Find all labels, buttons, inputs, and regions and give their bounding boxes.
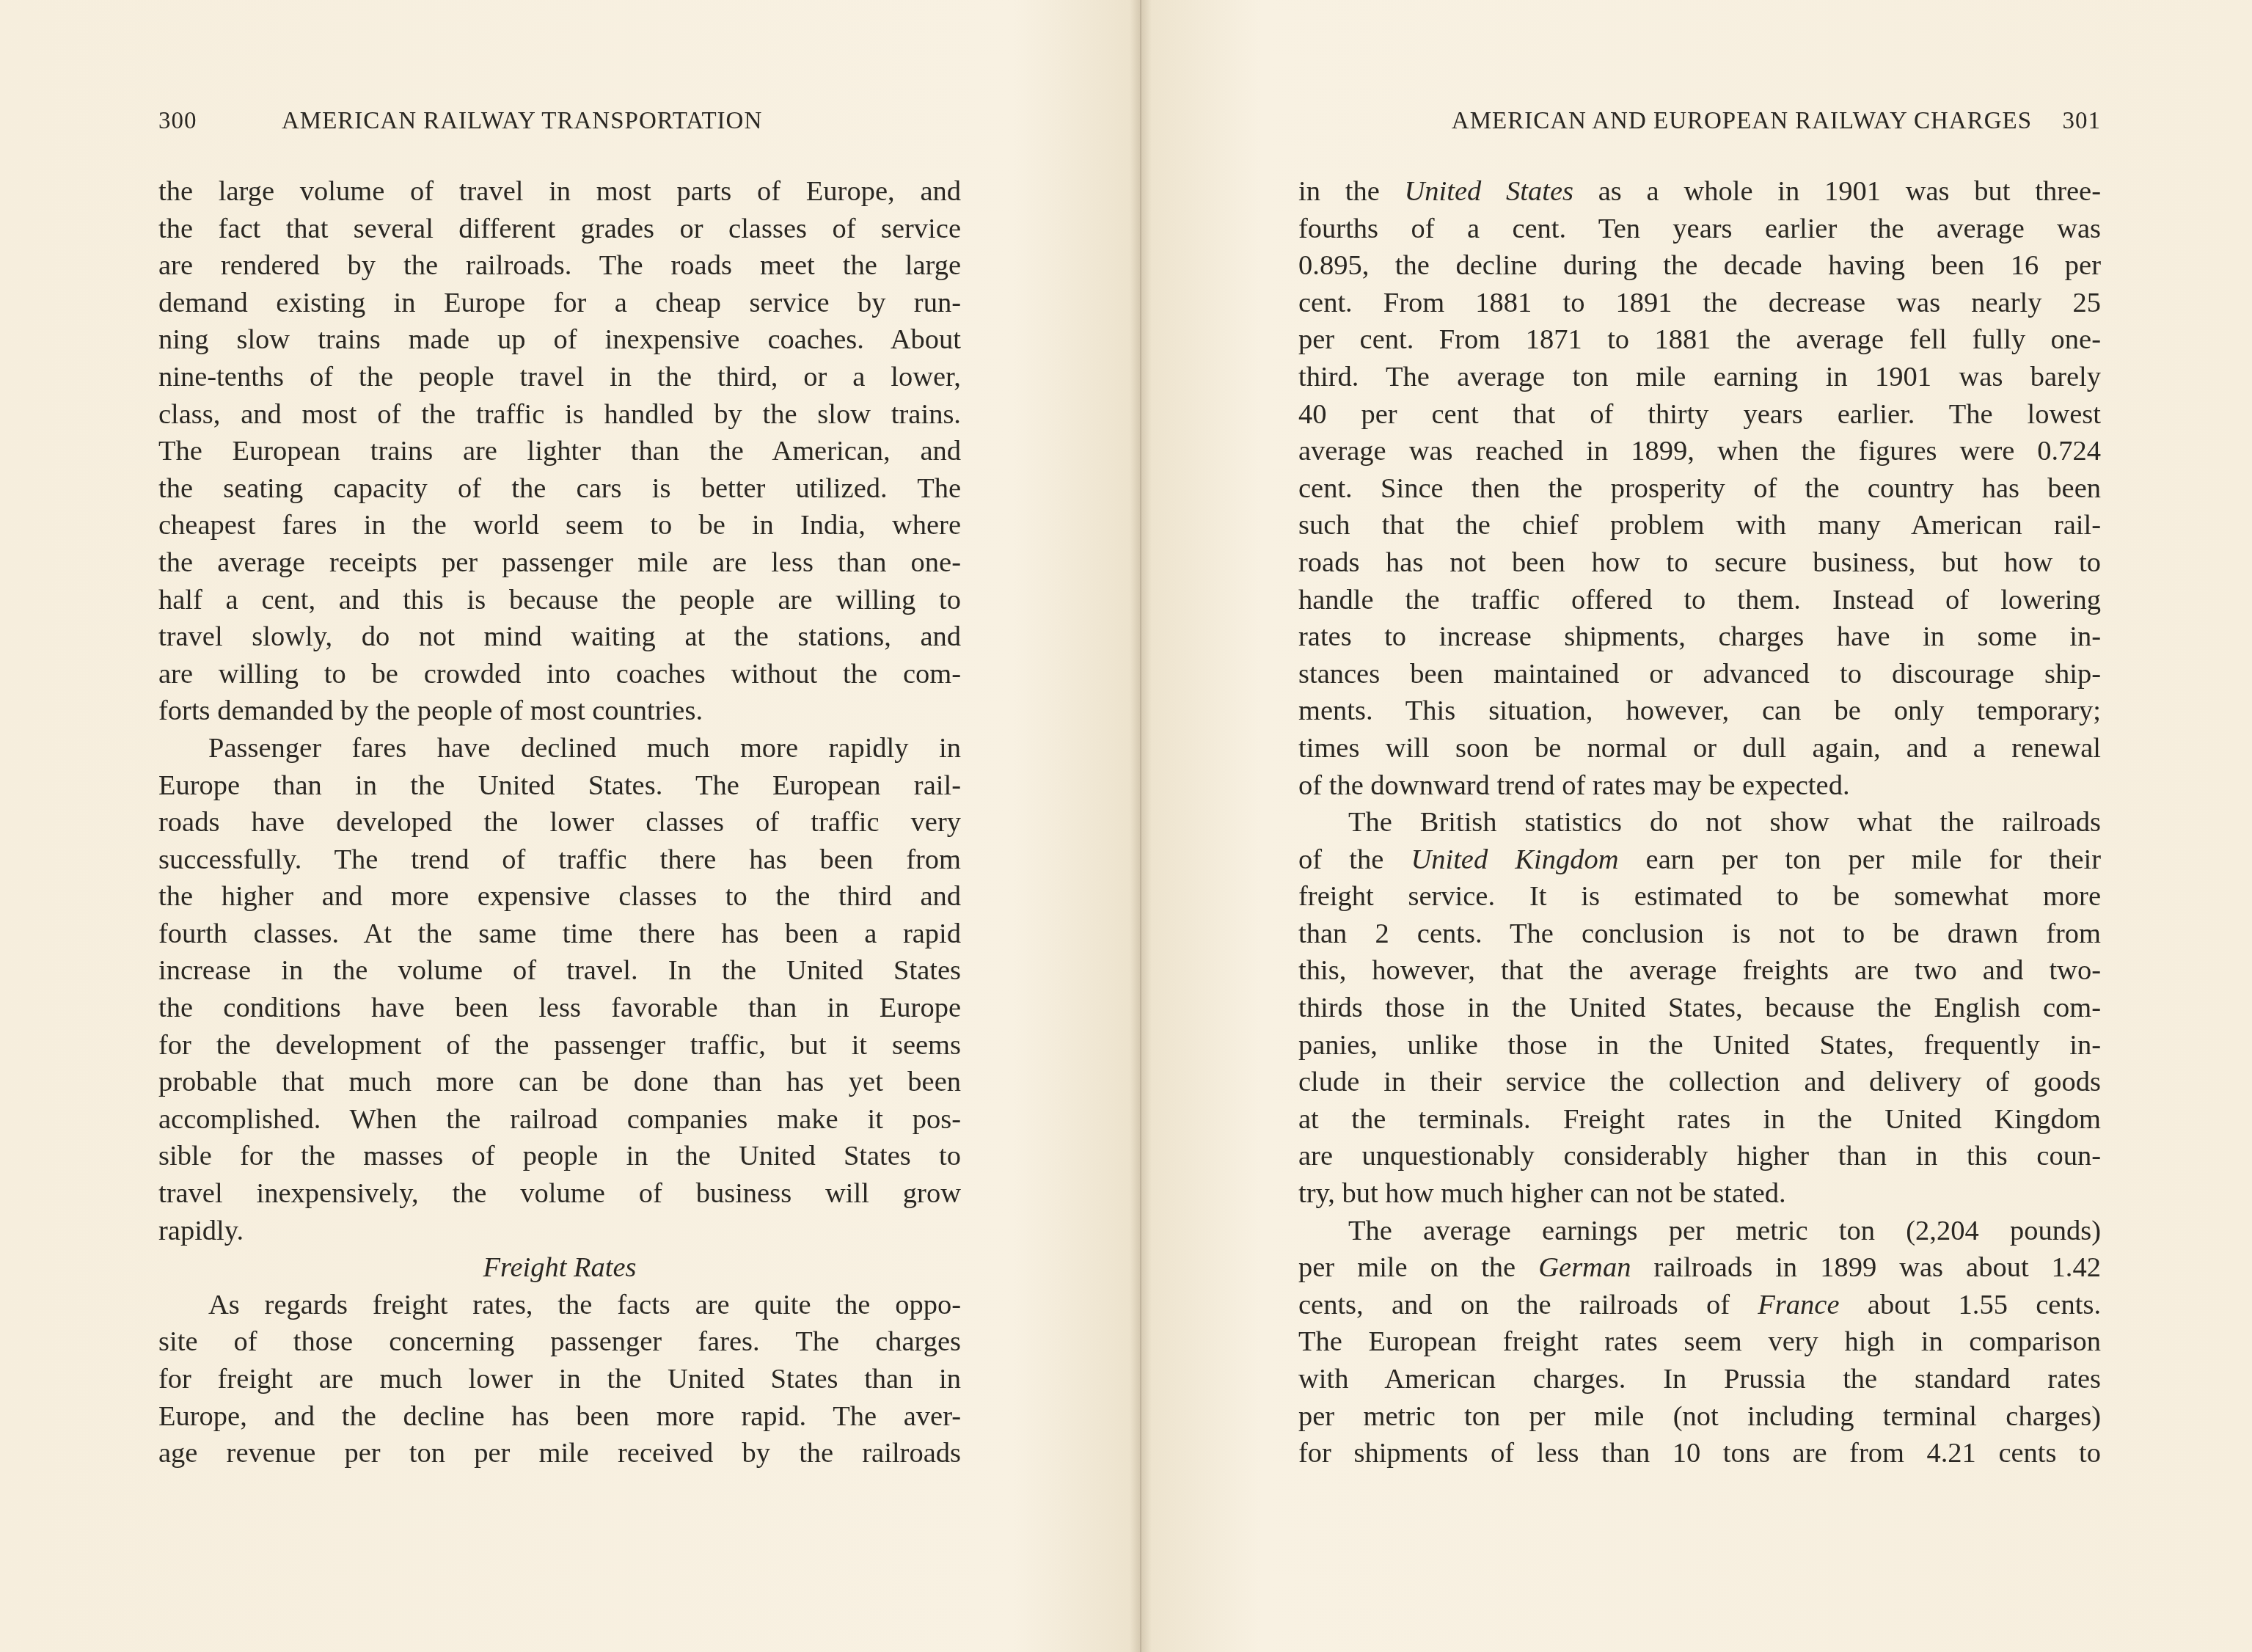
text-line: class, and most of the traffic is handle…: [158, 396, 961, 434]
text-line: are willing to be crowded into coaches w…: [158, 656, 961, 693]
text-line: cent. Since then the prosperity of the c…: [1298, 470, 2101, 508]
text-line: nine-tenths of the people travel in the …: [158, 359, 961, 396]
text-line: the large volume of travel in most parts…: [158, 173, 961, 211]
text-line: per metric ton per mile (not including t…: [1298, 1398, 2101, 1436]
text-line: of the United Kingdom earn per ton per m…: [1298, 841, 2101, 879]
text-line: freight service. It is estimated to be s…: [1298, 878, 2101, 915]
right-page-body: in the United States as a whole in 1901 …: [1298, 173, 2101, 1472]
running-head-title: AMERICAN AND EUROPEAN RAILWAY CHARGES: [1452, 106, 2032, 136]
left-page-body: the large volume of travel in most parts…: [158, 173, 961, 1472]
text-line: age revenue per ton per mile received by…: [158, 1435, 961, 1472]
text-line: per mile on the German railroads in 1899…: [1298, 1249, 2101, 1287]
text-line: 0.895, the decline during the decade hav…: [1298, 247, 2101, 285]
italic-emphasis: United States: [1404, 176, 1573, 207]
text-line: third. The average ton mile earning in 1…: [1298, 359, 2101, 396]
text-line: travel slowly, do not mind waiting at th…: [158, 618, 961, 656]
text-line: the average receipts per passenger mile …: [158, 544, 961, 582]
text-line: Europe than in the United States. The Eu…: [158, 767, 961, 805]
text-line: Passenger fares have declined much more …: [158, 730, 961, 767]
text-line: cents, and on the railroads of France ab…: [1298, 1287, 2101, 1324]
text-line: successfully. The trend of traffic there…: [158, 841, 961, 879]
text-line: increase in the volume of travel. In the…: [158, 952, 961, 990]
text-line: demand existing in Europe for a cheap se…: [158, 285, 961, 322]
text-line: for freight are much lower in the United…: [158, 1361, 961, 1398]
text-line: such that the chief problem with many Am…: [1298, 507, 2101, 544]
text-line: stances been maintained or advanced to d…: [1298, 656, 2101, 693]
text-line: 40 per cent that of thirty years earlier…: [1298, 396, 2101, 434]
text-line: are unquestionably considerably higher t…: [1298, 1138, 2101, 1175]
text-line: half a cent, and this is because the peo…: [158, 582, 961, 619]
book-spread: 300 AMERICAN RAILWAY TRANSPORTATION the …: [0, 0, 2252, 1652]
text-line: cheapest fares in the world seem to be i…: [158, 507, 961, 544]
text-line: ments. This situation, however, can be o…: [1298, 692, 2101, 730]
text-line: at the terminals. Freight rates in the U…: [1298, 1101, 2101, 1139]
text-line: cent. From 1881 to 1891 the decrease was…: [1298, 285, 2101, 322]
text-line: per cent. From 1871 to 1881 the average …: [1298, 321, 2101, 359]
text-line: As regards freight rates, the facts are …: [158, 1287, 961, 1324]
left-page: 300 AMERICAN RAILWAY TRANSPORTATION the …: [158, 0, 961, 1652]
text-line: times will soon be normal or dull again,…: [1298, 730, 2101, 767]
page-number: 301: [2063, 106, 2102, 136]
text-line: for shipments of less than 10 tons are f…: [1298, 1435, 2101, 1472]
text-line: than 2 cents. The conclusion is not to b…: [1298, 915, 2101, 953]
section-heading: Freight Rates: [158, 1249, 961, 1287]
text-line: The British statistics do not show what …: [1298, 804, 2101, 841]
text-line: rates to increase shipments, charges hav…: [1298, 618, 2101, 656]
italic-emphasis: United Kingdom: [1411, 844, 1618, 875]
running-head-title: AMERICAN RAILWAY TRANSPORTATION: [282, 106, 762, 136]
text-line: roads have developed the lower classes o…: [158, 804, 961, 841]
text-line: average was reached in 1899, when the fi…: [1298, 433, 2101, 470]
text-line: the fact that several different grades o…: [158, 211, 961, 248]
page-number: 300: [158, 106, 197, 136]
book-gutter: [1130, 0, 1152, 1652]
text-line: probable that much more can be done than…: [158, 1064, 961, 1101]
text-line: handle the traffic offered to them. Inst…: [1298, 582, 2101, 619]
italic-emphasis: France: [1758, 1290, 1839, 1320]
text-line: with American charges. In Prussia the st…: [1298, 1361, 2101, 1398]
text-line: the conditions have been less favorable …: [158, 990, 961, 1027]
text-line: The European freight rates seem very hig…: [1298, 1323, 2101, 1361]
text-line: sible for the masses of people in the Un…: [158, 1138, 961, 1175]
text-line: site of those concerning passenger fares…: [158, 1323, 961, 1361]
text-line: the seating capacity of the cars is bett…: [158, 470, 961, 508]
text-line: clude in their service the collection an…: [1298, 1064, 2101, 1101]
text-line: this, however, that the average freights…: [1298, 952, 2101, 990]
text-line: the higher and more expensive classes to…: [158, 878, 961, 915]
text-line: in the United States as a whole in 1901 …: [1298, 173, 2101, 211]
text-line: travel inexpensively, the volume of busi…: [158, 1175, 961, 1213]
text-line: rapidly.: [158, 1213, 961, 1250]
text-line: thirds those in the United States, becau…: [1298, 990, 2101, 1027]
text-line: roads has not been how to secure busines…: [1298, 544, 2101, 582]
right-page: AMERICAN AND EUROPEAN RAILWAY CHARGES 30…: [1298, 0, 2101, 1652]
text-line: are rendered by the railroads. The roads…: [158, 247, 961, 285]
text-line: fourths of a cent. Ten years earlier the…: [1298, 211, 2101, 248]
text-line: Europe, and the decline has been more ra…: [158, 1398, 961, 1436]
text-line: panies, unlike those in the United State…: [1298, 1027, 2101, 1064]
text-line: accomplished. When the railroad companie…: [158, 1101, 961, 1139]
text-line: The European trains are lighter than the…: [158, 433, 961, 470]
text-line: The average earnings per metric ton (2,2…: [1298, 1213, 2101, 1250]
text-line: forts demanded by the people of most cou…: [158, 692, 961, 730]
text-line: fourth classes. At the same time there h…: [158, 915, 961, 953]
text-line: for the development of the passenger tra…: [158, 1027, 961, 1064]
text-line: ning slow trains made up of inexpensive …: [158, 321, 961, 359]
text-line: of the downward trend of rates may be ex…: [1298, 767, 2101, 805]
italic-emphasis: German: [1538, 1252, 1631, 1283]
text-line: try, but how much higher can not be stat…: [1298, 1175, 2101, 1213]
